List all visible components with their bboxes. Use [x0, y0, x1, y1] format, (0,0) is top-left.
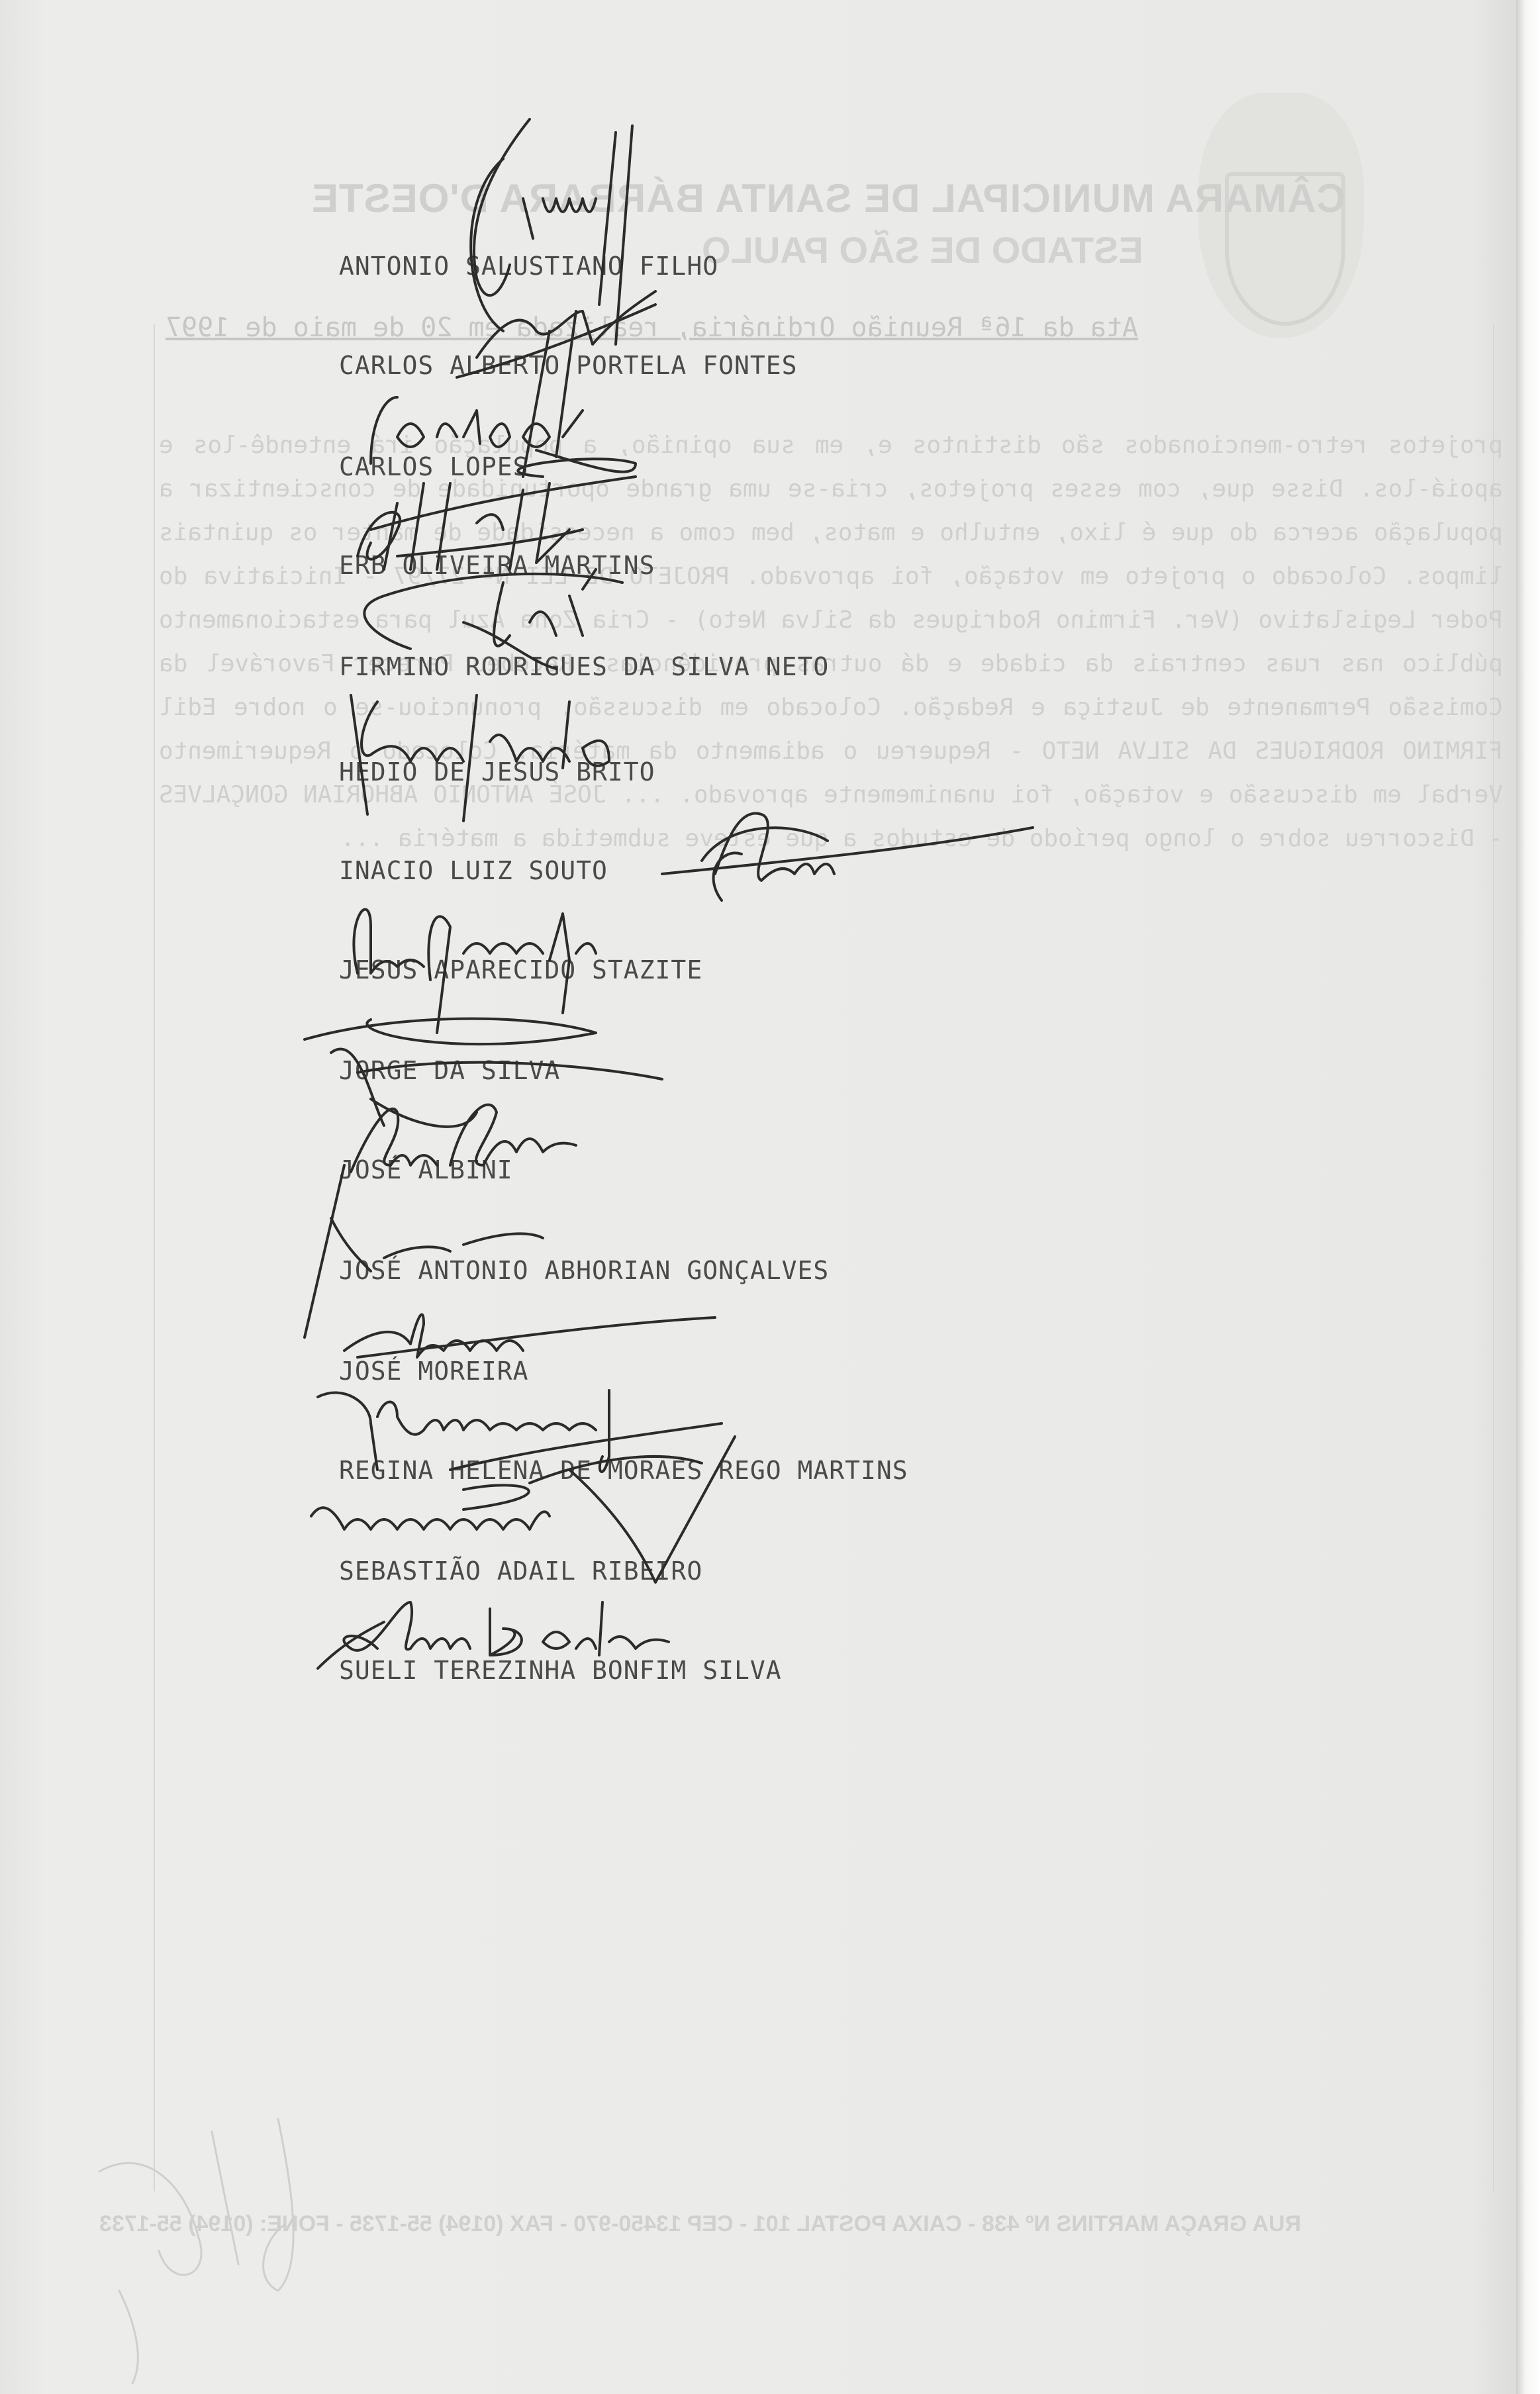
signature-carlos-alberto — [457, 291, 655, 477]
signature-regina — [318, 1390, 722, 1472]
signature-sueli — [318, 1602, 669, 1668]
signature-jesus — [354, 910, 596, 1033]
bleed-signature-bottom-left — [99, 2119, 293, 2383]
signature-hedio — [351, 695, 609, 821]
signature-jose-albini — [305, 1105, 576, 1337]
signature-firmino — [364, 569, 622, 669]
signature-antonio-salustiano — [471, 119, 632, 344]
signature-inacio — [662, 813, 1033, 900]
handwritten-signatures — [0, 0, 1540, 2394]
signature-erb-oliveira — [358, 477, 636, 569]
signature-jorge — [305, 1019, 662, 1127]
signature-carlos-lopes — [371, 397, 636, 477]
signature-jose-moreira — [344, 1315, 715, 1357]
signature-jose-antonio — [331, 1218, 543, 1271]
